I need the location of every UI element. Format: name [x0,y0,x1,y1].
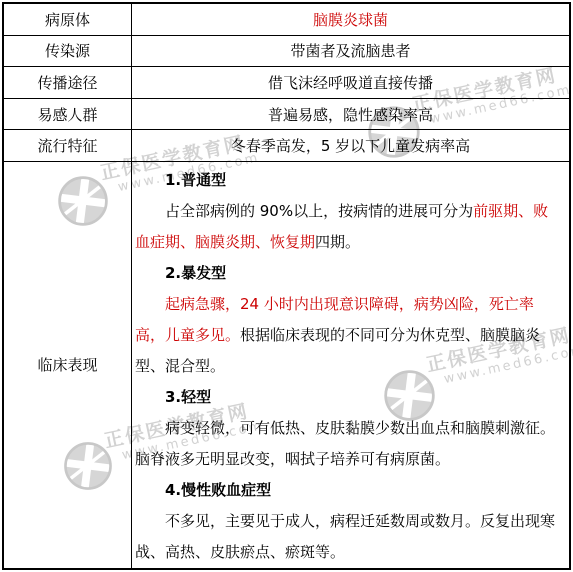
table-row-transmission-route: 传播途径 借飞沫经呼吸道直接传播 [4,67,569,99]
row-label: 易感人群 [4,99,132,130]
table-row-infection-source: 传染源 带菌者及流脑患者 [4,36,569,68]
table-row-epidemic-features: 流行特征 冬春季高发，5 岁以下儿童发病率高 [4,130,569,162]
table-row-pathogen: 病原体 脑膜炎球菌 [4,4,569,36]
clinical-section-heading-3: 3.轻型 [135,382,563,413]
clinical-section-paragraph-4: 不多见，主要见于成人，病程迁延数周或数月。反复出现寒战、高热、皮肤瘀点、瘀斑等。 [135,506,563,568]
clinical-section-paragraph-2: 起病急骤，24 小时内出现意识障碍，病势凶险，死亡率高，儿童多见。根据临床表现的… [135,289,563,382]
row-label: 流行特征 [4,130,132,161]
clinical-section-heading-2: 2.暴发型 [135,258,563,289]
body-text: 占全部病例的 90%以上，按病情的进展可分为 [165,202,473,220]
clinical-section-paragraph-3: 病变轻微，可有低热、皮肤黏膜少数出血点和脑膜刺激征。脑脊液多无明显改变，咽拭子培… [135,413,563,475]
row-value: 借飞沫经呼吸道直接传播 [132,67,569,98]
table-row-susceptible-population: 易感人群 普遍易感，隐性感染率高 [4,99,569,131]
row-label: 传播途径 [4,67,132,98]
row-label: 病原体 [4,4,132,35]
clinical-section-heading-4: 4.慢性败血症型 [135,475,563,506]
clinical-section-paragraph-1: 占全部病例的 90%以上，按病情的进展可分为前驱期、败血症期、脑膜炎期、恢复期四… [135,196,563,258]
body-text: 病变轻微，可有低热、皮肤黏膜少数出血点和脑膜刺激征。脑脊液多无明显改变，咽拭子培… [135,419,555,468]
clinical-section-heading-1: 1.普通型 [135,165,563,196]
row-value: 带菌者及流脑患者 [132,36,569,67]
row-label: 临床表现 [4,162,132,568]
row-label: 传染源 [4,36,132,67]
row-value-pathogen: 脑膜炎球菌 [132,4,569,35]
body-text: 四期。 [315,233,360,251]
clinical-manifestations-content: 1.普通型占全部病例的 90%以上，按病情的进展可分为前驱期、败血症期、脑膜炎期… [132,162,569,568]
disease-summary-table: 病原体 脑膜炎球菌 传染源 带菌者及流脑患者 传播途径 借飞沫经呼吸道直接传播 … [2,2,571,570]
row-value: 普遍易感，隐性感染率高 [132,99,569,130]
medical-education-page: { "colors": { "red": "#cc0000", "text": … [0,0,573,572]
table-row-clinical-manifestations: 临床表现 1.普通型占全部病例的 90%以上，按病情的进展可分为前驱期、败血症期… [4,162,569,568]
row-value: 冬春季高发，5 岁以下儿童发病率高 [132,130,569,161]
body-text: 不多见，主要见于成人，病程迁延数周或数月。反复出现寒战、高热、皮肤瘀点、瘀斑等。 [135,512,555,561]
